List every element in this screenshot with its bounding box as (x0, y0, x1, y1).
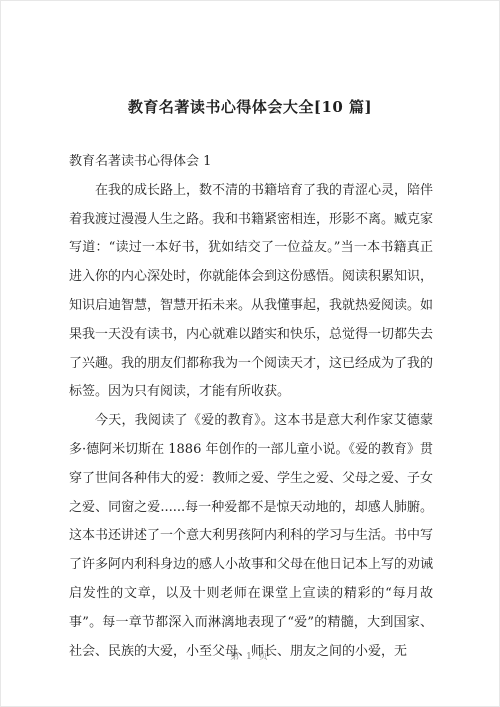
document-title: 教育名著读书心得体会大全[10 篇] (1, 96, 499, 117)
document-body: 教育名著读书心得体会 1 在我的成长路上，数不清的书籍培育了我的青涩心灵，陪伴着… (69, 148, 433, 666)
section-heading: 教育名著读书心得体会 1 (69, 148, 433, 177)
paragraph-2: 今天，我阅读了《爱的教育》。这本书是意大利作家艾德蒙多·德阿米切斯在 1886 … (69, 407, 433, 666)
paragraph-1: 在我的成长路上，数不清的书籍培育了我的青涩心灵，陪伴着我渡过漫漫人生之路。我和书… (69, 177, 433, 407)
page-number: 第 1 页 (1, 649, 499, 662)
document-page: 教育名著读书心得体会大全[10 篇] 教育名著读书心得体会 1 在我的成长路上，… (0, 0, 500, 707)
